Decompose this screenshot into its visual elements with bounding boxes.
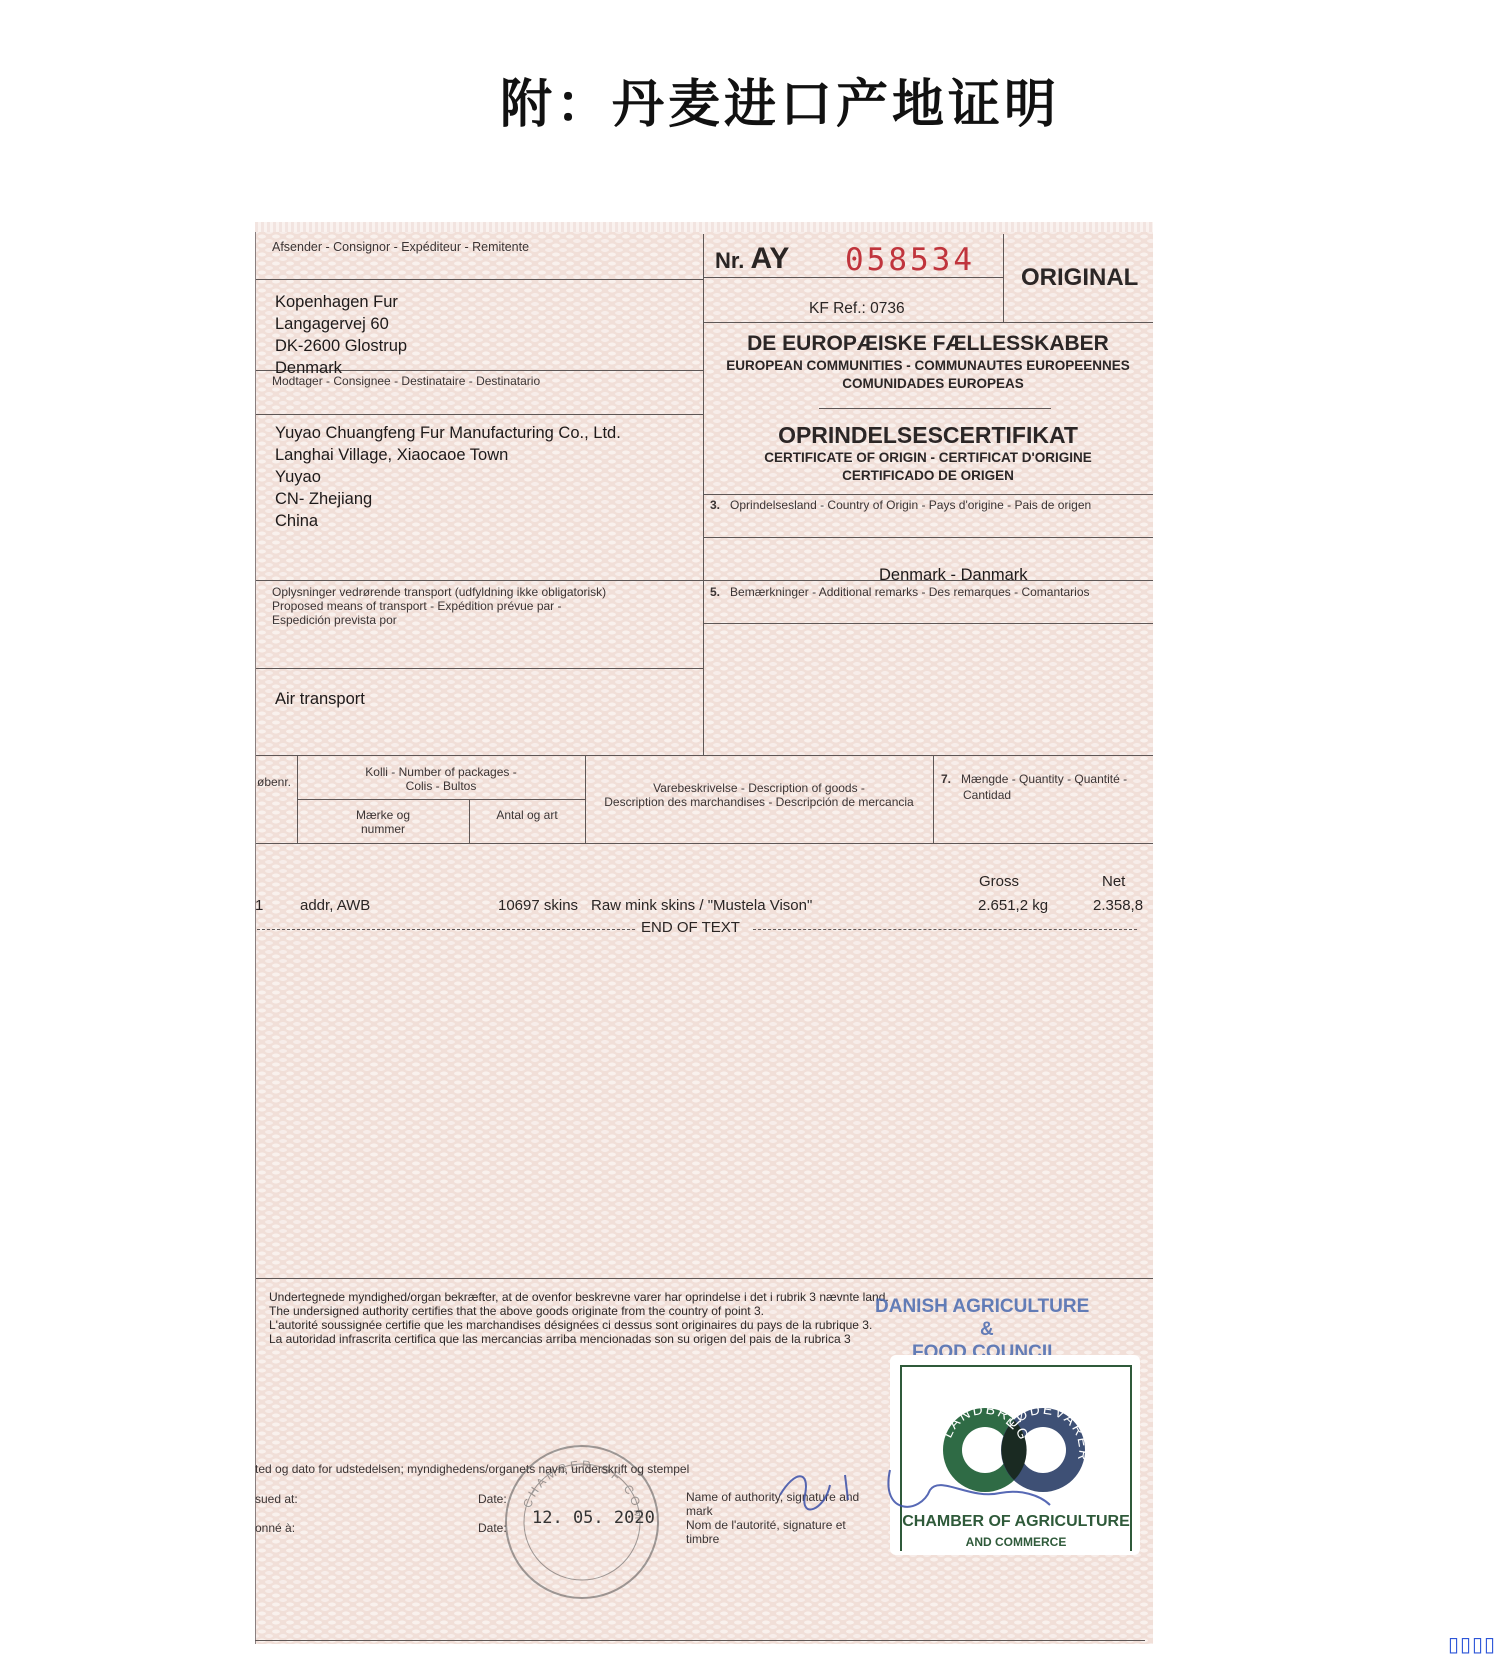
box-label: Mængde - Quantity - Quantité - — [961, 772, 1127, 786]
transport-label: Proposed means of transport - Expédition… — [272, 599, 562, 613]
end-of-text: END OF TEXT — [641, 919, 740, 936]
divider — [703, 322, 1153, 323]
communities-subheading: EUROPEAN COMMUNITIES - COMMUNAUTES EUROP… — [703, 358, 1153, 373]
end-of-text-rule — [753, 929, 1137, 930]
divider — [703, 234, 704, 756]
consignee-line: Langhai Village, Xiaocaoe Town — [275, 444, 508, 466]
divider — [255, 668, 703, 669]
goods-net-weight: 2.358,8 — [1093, 897, 1143, 914]
box-number: 7. — [941, 772, 951, 786]
authority-label: mark — [686, 1504, 713, 1518]
authority-label: timbre — [686, 1532, 719, 1546]
goods-gross-weight: 2.651,2 kg — [978, 897, 1048, 914]
signature-icon — [770, 1455, 1060, 1525]
marks-header: Mærke og — [297, 808, 469, 822]
country-of-origin-label: 3. Oprindelsesland - Country of Origin -… — [710, 498, 1091, 512]
certificate-subtitle: CERTIFICADO DE ORIGEN — [703, 468, 1153, 483]
council-stamp-line: DANISH AGRICULTURE — [875, 1296, 1089, 1318]
certification-text: The undersigned authority certifies that… — [269, 1304, 764, 1319]
series-label: AY — [750, 242, 789, 275]
certificate-subtitle: CERTIFICATE OF ORIGIN - CERTIFICAT D'ORI… — [703, 450, 1153, 465]
communities-subheading: COMUNIDADES EUROPEAS — [703, 376, 1153, 391]
goods-description: Raw mink skins / "Mustela Vison" — [591, 897, 812, 914]
council-stamp-amp: & — [980, 1319, 994, 1341]
consignee-line: CN- Zhejiang — [275, 488, 372, 510]
page-heading: 附：丹麦进口产地证明 — [0, 62, 1500, 137]
end-of-text-rule — [257, 929, 635, 930]
divider — [703, 494, 1153, 495]
certification-text: Undertegnede myndighed/organ bekræfter, … — [269, 1290, 889, 1305]
marks-header: nummer — [297, 822, 469, 836]
divider — [255, 755, 1153, 756]
divider — [703, 537, 1153, 538]
transport-label: Oplysninger vedrørende transport (udfyld… — [272, 585, 606, 599]
divider — [255, 414, 703, 415]
divider — [255, 232, 256, 1644]
transport-value: Air transport — [275, 688, 365, 710]
certificate-number-prefix: Nr. AY — [715, 242, 789, 276]
quantity-header: Cantidad — [963, 788, 1011, 802]
certification-text: La autoridad infrascrita certifica que l… — [269, 1332, 851, 1347]
date-label: Date: — [478, 1521, 507, 1535]
footer-mark: ▯▯▯▯ — [1448, 1632, 1496, 1657]
nr-label: Nr. — [715, 248, 744, 273]
gross-label: Gross — [979, 873, 1019, 890]
description-header: Description des marchandises - Descripci… — [585, 795, 933, 809]
goods-marks: addr, AWB — [300, 897, 370, 914]
svg-text:CHAMBER OF COMMERCE: CHAMBER OF COMMERCE — [507, 1447, 646, 1523]
certificate-serial-number: 058534 — [845, 242, 975, 278]
box-number: 3. — [710, 498, 720, 512]
goods-item-number: 1 — [255, 897, 263, 914]
consignor-line: Kopenhagen Fur — [275, 291, 398, 313]
divider — [933, 755, 934, 843]
count-header: Antal og art — [469, 808, 585, 822]
divider — [1003, 234, 1004, 322]
issued-at-label: sued at: — [255, 1492, 298, 1506]
consignee-label: Modtager - Consignee - Destinataire - De… — [272, 374, 540, 388]
box-label: Oprindelsesland - Country of Origin - Pa… — [730, 498, 1091, 512]
issued-at-label-fr: onné à: — [255, 1521, 295, 1535]
quantity-header: 7. Mængde - Quantity - Quantité - — [941, 772, 1127, 786]
document-perforated-edge — [255, 222, 1153, 232]
divider — [819, 408, 1051, 409]
country-of-origin-value: Denmark - Danmark — [879, 564, 1028, 586]
round-stamp-text: CHAMBER OF COMMERCE — [507, 1447, 646, 1523]
divider — [703, 623, 1153, 624]
packages-header: Colis - Bultos — [297, 779, 585, 793]
consignee-line: Yuyao — [275, 466, 321, 488]
transport-label: Espedición prevista por — [272, 613, 397, 627]
consignor-label: Afsender - Consignor - Expéditeur - Remi… — [272, 240, 529, 254]
chamber-caption-2: AND COMMERCE — [902, 1535, 1130, 1547]
divider — [255, 279, 703, 280]
box-number: 5. — [710, 585, 720, 599]
divider — [297, 799, 585, 800]
date-label: Date: — [478, 1492, 507, 1506]
original-label: ORIGINAL — [1021, 264, 1138, 292]
divider — [255, 1278, 1153, 1279]
description-header: Varebeskrivelse - Description of goods - — [585, 781, 933, 795]
consignor-line: Langagervej 60 — [275, 313, 389, 335]
divider — [255, 1640, 1145, 1641]
net-label: Net — [1102, 873, 1125, 890]
remarks-label: 5. Bemærkninger - Additional remarks - D… — [710, 585, 1090, 599]
communities-heading: DE EUROPÆISKE FÆLLESSKABER — [703, 332, 1153, 356]
consignee-line: Yuyao Chuangfeng Fur Manufacturing Co., … — [275, 422, 621, 444]
goods-count: 10697 skins — [498, 897, 578, 914]
certification-text: L'autorité soussignée certifie que les m… — [269, 1318, 872, 1333]
certificate-title: OPRINDELSESCERTIFIKAT — [703, 422, 1153, 449]
packages-header: Kolli - Number of packages - — [297, 765, 585, 779]
chamber-round-stamp: CHAMBER OF COMMERCE — [505, 1445, 659, 1599]
box-label: Bemærkninger - Additional remarks - Des … — [730, 585, 1089, 599]
consignee-line: China — [275, 510, 318, 532]
divider — [255, 843, 1153, 844]
kf-reference: KF Ref.: 0736 — [809, 300, 905, 318]
consignor-line: DK-2600 Glostrup — [275, 335, 407, 357]
item-number-header: øbenr. — [257, 775, 291, 789]
